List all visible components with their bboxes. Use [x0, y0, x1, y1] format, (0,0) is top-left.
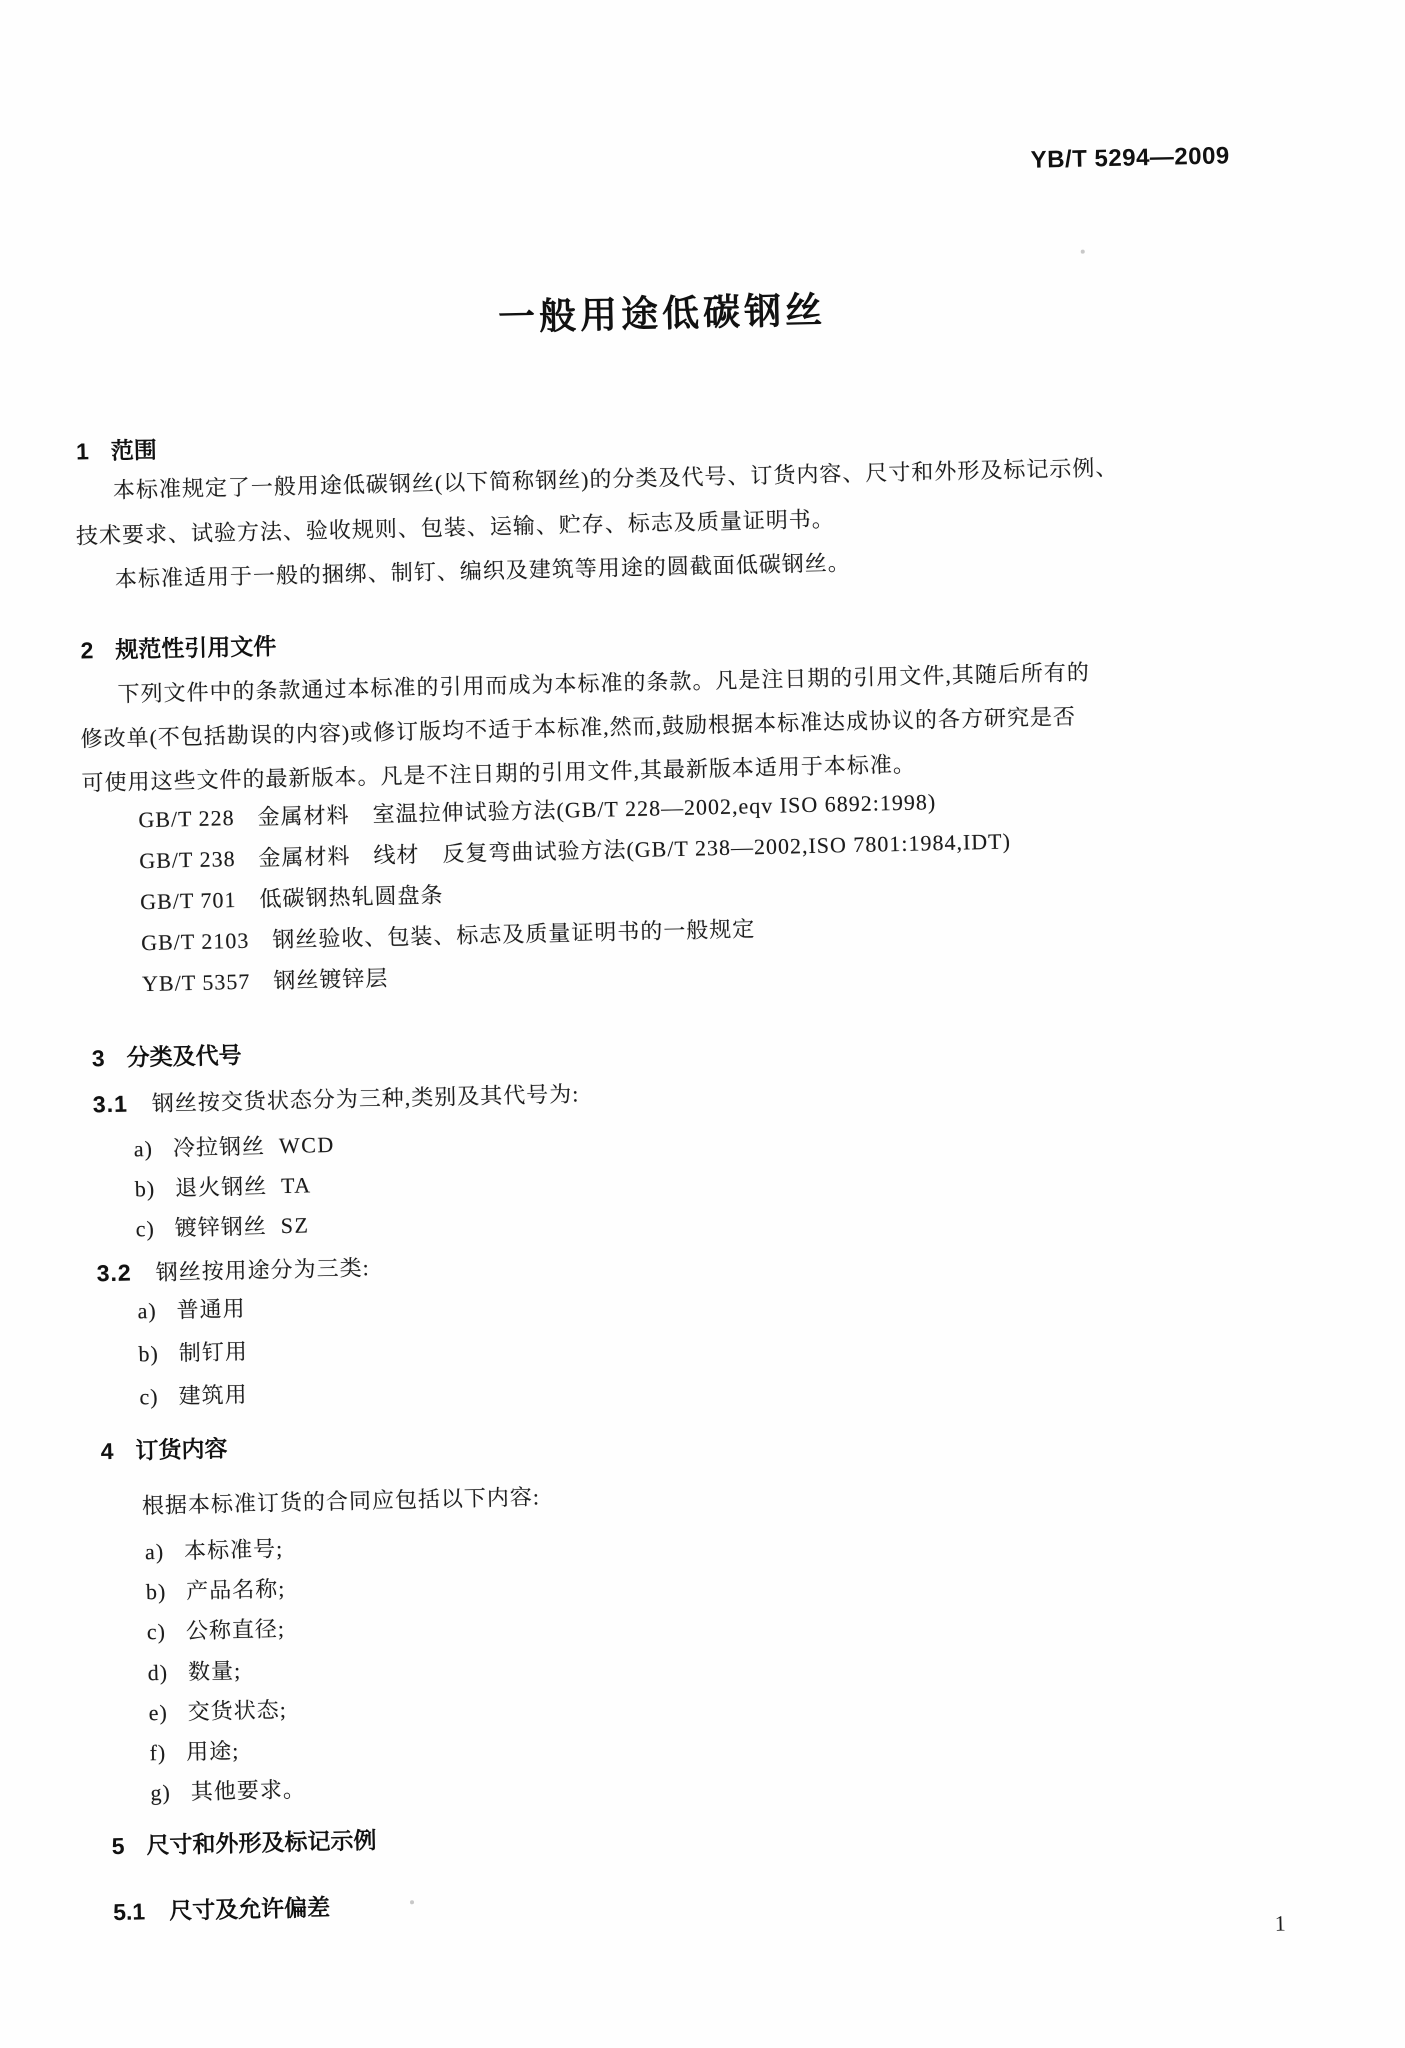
- clause-3-2-number: 3.2: [96, 1259, 132, 1286]
- section-3-heading: 3分类及代号: [91, 1037, 242, 1073]
- clause-3-2-text: 钢丝按用途分为三类:: [155, 1255, 370, 1285]
- list-item-text: 其他要求。: [191, 1777, 307, 1805]
- list-item-text: 建筑用: [178, 1382, 248, 1409]
- reference-item: GB/T 238 金属材料 线材 反复弯曲试验方法(GB/T 238—2002,…: [139, 824, 1011, 875]
- ordering-intro: 根据本标准订货的合同应包括以下内容:: [142, 1480, 541, 1520]
- list-item-label: b): [138, 1341, 159, 1366]
- scope-paragraph1-line2: 技术要求、试验方法、验收规则、包装、运输、贮存、标志及质量证明书。: [76, 502, 836, 550]
- list-item-label: d): [147, 1660, 168, 1685]
- scan-speck: [1081, 250, 1085, 254]
- section-3-number: 3: [92, 1045, 105, 1071]
- clause-3-1: 3.1钢丝按交货状态分为三种,类别及其代号为:: [92, 1077, 579, 1119]
- clause-5-1-title: 尺寸及允许偏差: [169, 1894, 331, 1924]
- list-item-text: 冷拉钢丝: [173, 1133, 266, 1160]
- list-item: b)制钉用: [138, 1335, 248, 1368]
- list-item-text: 交货状态;: [187, 1697, 287, 1724]
- list-item: c)镀锌钢丝SZ: [135, 1208, 309, 1243]
- scan-content: YB/T 5294—2009 一般用途低碳钢丝 1范围 本标准规定了一般用途低碳…: [0, 0, 1405, 2048]
- list-item-text: 镀锌钢丝: [174, 1213, 267, 1240]
- list-item: e)交货状态;: [148, 1693, 287, 1727]
- section-5-number: 5: [111, 1833, 124, 1859]
- section-4-number: 4: [100, 1438, 113, 1464]
- scan-speck: [410, 1900, 414, 1904]
- list-item: b)退火钢丝TA: [134, 1168, 312, 1203]
- clause-3-2: 3.2钢丝按用途分为三类:: [96, 1251, 370, 1288]
- list-item: g)其他要求。: [150, 1773, 306, 1808]
- section-4-heading: 4订货内容: [100, 1430, 228, 1466]
- list-item-text: 本标准号;: [184, 1536, 284, 1563]
- references-intro-line2: 修改单(不包括勘误的内容)或修订版均不适于本标准,然而,鼓励根据本标准达成协议的…: [80, 700, 1076, 754]
- list-item-code: SZ: [280, 1212, 309, 1238]
- scope-paragraph1-line1: 本标准规定了一般用途低碳钢丝(以下简称钢丝)的分类及代号、订货内容、尺寸和外形及…: [113, 451, 1119, 505]
- list-item: a)冷拉钢丝WCD: [133, 1128, 335, 1164]
- list-item-label: e): [148, 1700, 168, 1725]
- list-item-label: c): [147, 1619, 167, 1644]
- list-item-label: g): [150, 1780, 171, 1805]
- list-item-label: c): [139, 1384, 159, 1409]
- section-5-title: 尺寸和外形及标记示例: [146, 1827, 377, 1858]
- clause-3-1-number: 3.1: [93, 1091, 129, 1118]
- list-item-code: WCD: [279, 1132, 335, 1158]
- document-title: 一般用途低碳钢丝: [0, 268, 1327, 352]
- clause-5-1-heading: 5.1尺寸及允许偏差: [113, 1889, 331, 1927]
- list-item: f)用途;: [149, 1734, 239, 1767]
- reference-item: GB/T 701 低碳钢热轧圆盘条: [140, 878, 444, 916]
- scope-paragraph2: 本标准适用于一般的捆绑、制钉、编织及建筑等用途的圆截面低碳钢丝。: [115, 546, 852, 594]
- scanned-document-page: YB/T 5294—2009 一般用途低碳钢丝 1范围 本标准规定了一般用途低碳…: [0, 0, 1405, 2048]
- section-2-heading: 2规范性引用文件: [80, 628, 276, 665]
- section-1-heading: 1范围: [76, 432, 158, 467]
- section-4-title: 订货内容: [135, 1435, 228, 1463]
- list-item-text: 数量;: [188, 1658, 242, 1684]
- section-3-title: 分类及代号: [126, 1042, 242, 1071]
- clause-5-1-number: 5.1: [113, 1898, 146, 1925]
- list-item: d)数量;: [147, 1654, 241, 1687]
- clause-3-1-text: 钢丝按交货状态分为三种,类别及其代号为:: [152, 1081, 580, 1116]
- list-item-text: 制钉用: [179, 1339, 249, 1366]
- section-2-number: 2: [80, 637, 93, 663]
- list-item-label: a): [137, 1298, 157, 1323]
- list-item-label: f): [149, 1740, 166, 1765]
- reference-item: YB/T 5357 钢丝镀锌层: [142, 962, 389, 999]
- list-item-text: 产品名称;: [186, 1576, 286, 1603]
- list-item-label: a): [134, 1136, 154, 1161]
- list-item-label: b): [146, 1579, 167, 1604]
- list-item-label: b): [134, 1176, 155, 1201]
- references-intro-line1: 下列文件中的条款通过本标准的引用而成为本标准的条款。凡是注日期的引用文件,其随后…: [117, 656, 1090, 709]
- list-item-code: TA: [281, 1172, 312, 1198]
- list-item: b)产品名称;: [146, 1572, 286, 1606]
- section-2-title: 规范性引用文件: [115, 633, 277, 663]
- list-item-text: 用途;: [186, 1738, 240, 1764]
- section-1-number: 1: [76, 438, 89, 464]
- page-number: 1: [1274, 1910, 1286, 1936]
- list-item: a)普通用: [137, 1292, 246, 1325]
- list-item: c)公称直径;: [146, 1612, 285, 1646]
- list-item-label: c): [135, 1216, 155, 1241]
- list-item-text: 退火钢丝: [175, 1173, 268, 1200]
- list-item-label: a): [145, 1539, 165, 1564]
- list-item: a)本标准号;: [145, 1532, 284, 1566]
- section-1-title: 范围: [111, 437, 158, 464]
- list-item: c)建筑用: [139, 1378, 248, 1411]
- list-item-text: 公称直径;: [186, 1616, 286, 1643]
- standard-number: YB/T 5294—2009: [1030, 142, 1230, 175]
- section-5-heading: 5尺寸和外形及标记示例: [111, 1822, 376, 1861]
- list-item-text: 普通用: [176, 1296, 246, 1323]
- reference-item: GB/T 2103 钢丝验收、包装、标志及质量证明书的一般规定: [141, 912, 756, 957]
